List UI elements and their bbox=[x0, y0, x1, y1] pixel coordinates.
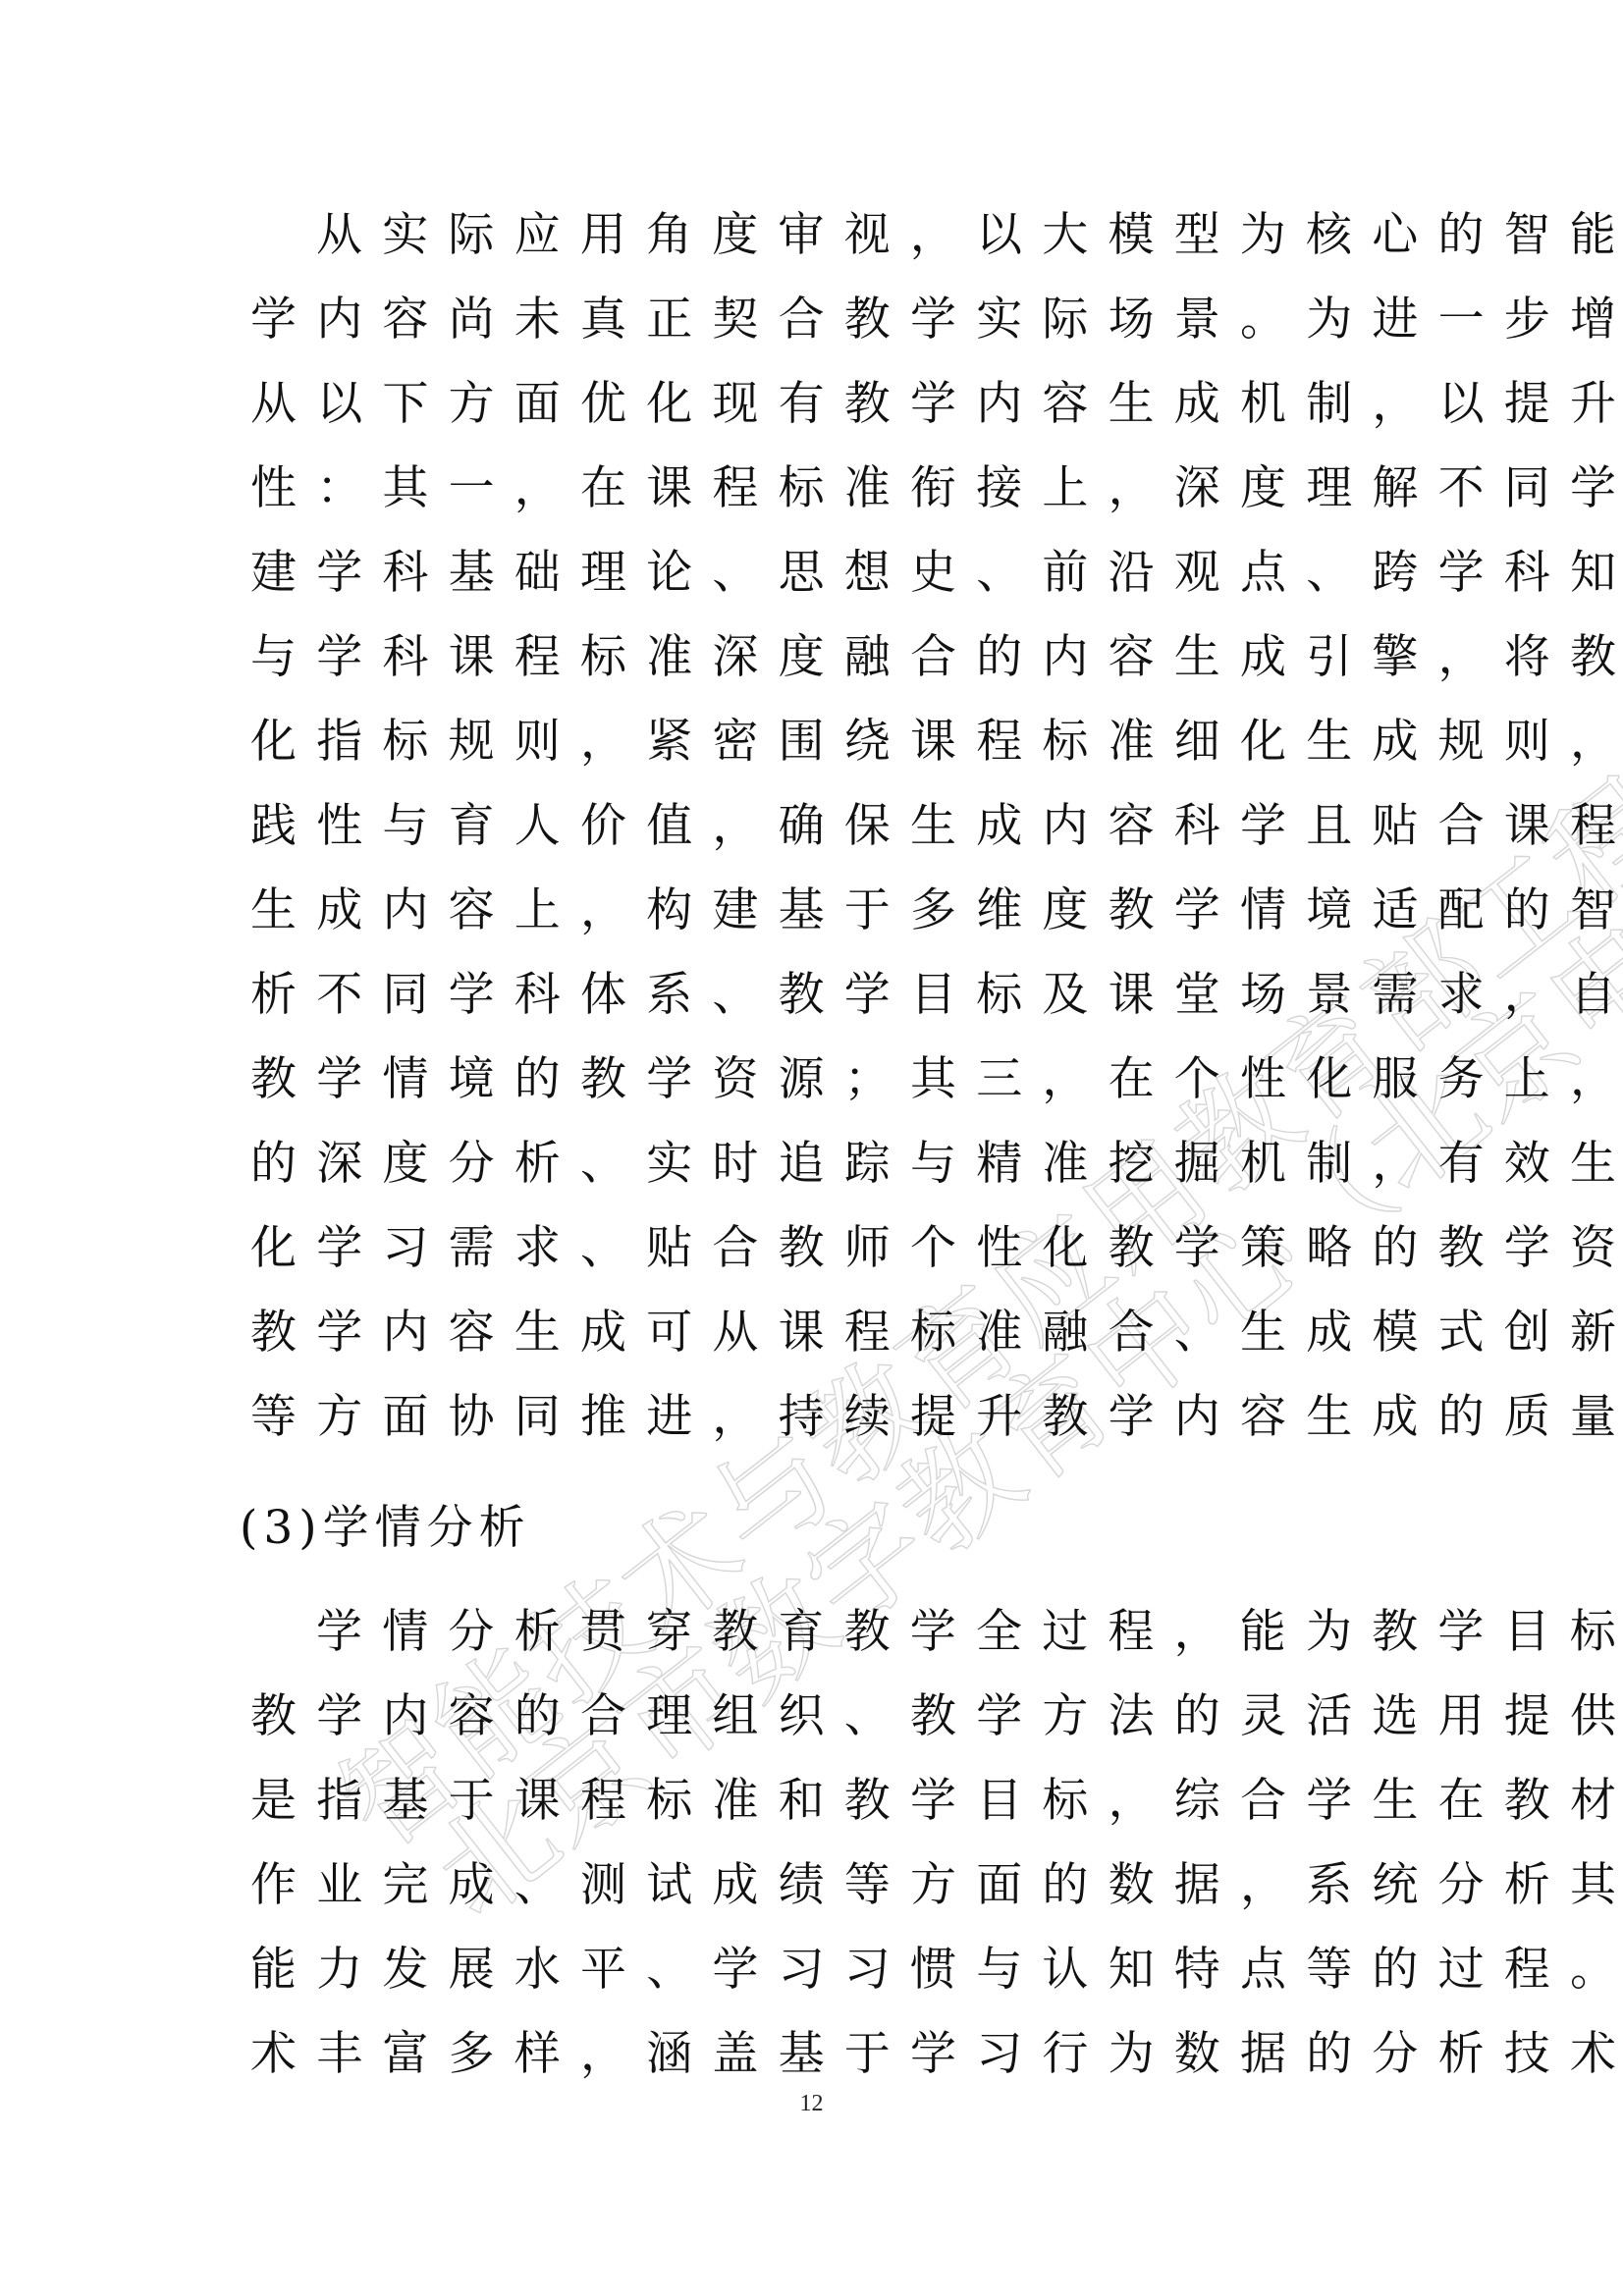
paragraph-line: 学情分析贯穿教育教学全过程，能为教学目标的精准设定、 bbox=[316, 1603, 1455, 1662]
paragraph-line: 是指基于课程标准和教学目标，综合学生在教材学习、课堂表现、 bbox=[250, 1772, 1389, 1831]
paragraph-line: 从实际应用角度审视，以大模型为核心的智能平台生成的教 bbox=[316, 206, 1455, 265]
paragraph-line: 学内容尚未真正契合教学实际场景。为进一步增强赋能实效，可 bbox=[250, 291, 1389, 349]
paragraph-line: 与学科课程标准深度融合的内容生成引擎，将教学要点转化为量 bbox=[250, 628, 1389, 687]
paragraph-line: 教学情境的教学资源；其三，在个性化服务上，建立教情与学情 bbox=[250, 1050, 1389, 1109]
paragraph-line: 化学习需求、贴合教师个性化教学策略的教学资源。综上，未来 bbox=[250, 1219, 1389, 1278]
paragraph-line: 的深度分析、实时追踪与精准挖掘机制，有效生成符合学生差异 bbox=[250, 1135, 1389, 1194]
paragraph-line: 教学内容的合理组织、教学方法的灵活选用提供依据。学情分析 bbox=[250, 1687, 1389, 1746]
paragraph-line: 作业完成、测试成绩等方面的数据，系统分析其知识掌握情况、 bbox=[250, 1856, 1389, 1915]
paragraph-line: 等方面协同推进，持续提升教学内容生成的质量与实用性。 bbox=[250, 1388, 1389, 1447]
paragraph-line: 教学内容生成可从课程标准融合、生成模式创新、个性服务深化 bbox=[250, 1304, 1389, 1362]
paragraph-line: 践性与育人价值，确保生成内容科学且贴合课程标准；其二，在 bbox=[250, 797, 1389, 856]
paragraph-line: 从以下方面优化现有教学内容生成机制，以提升生成质量和实用 bbox=[250, 375, 1389, 434]
paragraph-line: 性：其一，在课程标准衔接上，深度理解不同学科课程标准，搭 bbox=[250, 459, 1389, 518]
page-number: 12 bbox=[0, 2091, 1623, 2117]
section-heading: (3)学情分析 bbox=[240, 1499, 531, 1558]
paragraph-line: 术丰富多样，涵盖基于学习行为数据的分析技术，如通过学习管 bbox=[250, 2025, 1389, 2084]
paragraph-line: 析不同学科体系、教学目标及课堂场景需求，自动生成匹配具体 bbox=[250, 966, 1389, 1025]
paragraph-line: 能力发展水平、学习习惯与认知特点等的过程。目前学情分析技 bbox=[250, 1941, 1389, 2000]
document-page: 智能技术与教育应用教育部工程研究中心 北京市数字教育中心（北京电化教育馆） 从实… bbox=[0, 0, 1623, 2296]
paragraph-line: 生成内容上，构建基于多维度教学情境适配的智能生成模式，剖 bbox=[250, 881, 1389, 940]
paragraph-line: 化指标规则，紧密围绕课程标准细化生成规则，体现综合性、实 bbox=[250, 713, 1389, 772]
paragraph-line: 建学科基础理论、思想史、前沿观点、跨学科知识、社会实事等 bbox=[250, 544, 1389, 603]
